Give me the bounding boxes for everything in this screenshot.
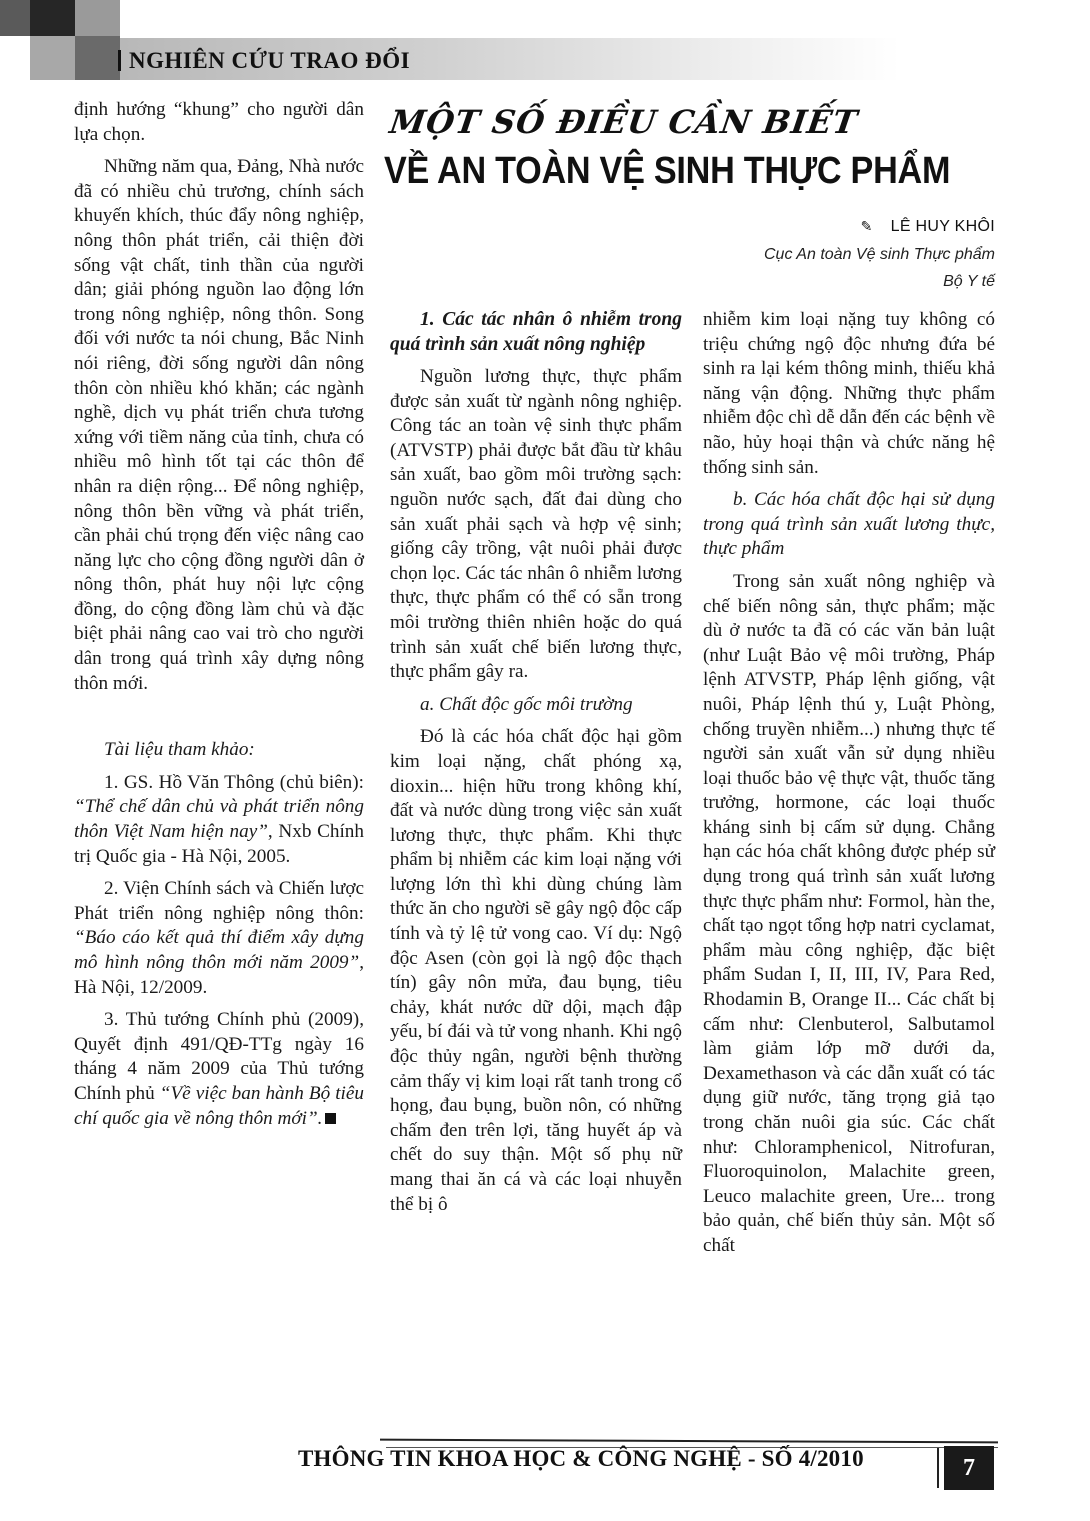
paragraph: định hướng “khung” cho người dân lựa chọ…: [74, 98, 364, 147]
column-2: 1. Các tác nhân ô nhiễm trong quá trình …: [390, 308, 682, 1217]
paragraph: Những năm qua, Đảng, Nhà nước đã có nhiề…: [74, 155, 364, 696]
author-byline: ✎LÊ HUY KHÔI: [861, 218, 995, 236]
section-label-text: NGHIÊN CỨU TRAO ĐỔI: [129, 48, 410, 73]
reference-item: 1. GS. Hồ Văn Thông (chủ biên): “Thể chế…: [74, 771, 364, 869]
author-affiliation-ministry: Bộ Y tế: [943, 273, 995, 291]
header-decor-block: [75, 36, 120, 80]
reference-item: 2. Viện Chính sách và Chiến lược Phát tr…: [74, 877, 364, 1000]
page-number: 7: [944, 1446, 994, 1490]
reference-text: 2. Viện Chính sách và Chiến lược Phát tr…: [74, 878, 364, 924]
references-heading: Tài liệu tham khảo:: [74, 738, 364, 763]
reference-text: 1. GS. Hồ Văn Thông (chủ biên):: [104, 772, 364, 793]
footer-rule: [380, 1439, 998, 1444]
paragraph: Đó là các hóa chất độc hại gồm kim loại …: [390, 725, 682, 1217]
header-decor-block: [75, 0, 120, 36]
header-decor-block: [30, 0, 75, 36]
article-title: VỀ AN TOÀN VỆ SINH THỰC PHẨM: [384, 150, 950, 193]
column-1: định hướng “khung” cho người dân lựa chọ…: [74, 98, 364, 1131]
reference-item: 3. Thủ tướng Chính phủ (2009), Quyết địn…: [74, 1008, 364, 1131]
section-label: NGHIÊN CỨU TRAO ĐỔI: [118, 48, 410, 74]
subsection-heading: a. Chất độc gốc môi trường: [390, 693, 682, 718]
section-heading: 1. Các tác nhân ô nhiễm trong quá trình …: [390, 308, 682, 357]
pen-icon: ✎: [861, 218, 873, 234]
author-name: LÊ HUY KHÔI: [891, 218, 995, 235]
header-decor-block: [30, 36, 75, 80]
end-of-article-mark-icon: [325, 1113, 336, 1124]
paragraph: Trong sản xuất nông nghiệp và chế biến n…: [703, 570, 995, 1259]
footer-divider: [937, 1448, 939, 1488]
author-affiliation: Cục An toàn Vệ sinh Thực phẩm: [764, 246, 995, 264]
header-decor-block: [0, 0, 30, 36]
article-kicker: MỘT SỐ ĐIỀU CẦN BIẾT: [387, 103, 860, 141]
publication-footer: THÔNG TIN KHOA HỌC & CÔNG NGHỆ - SỐ 4/20…: [298, 1446, 864, 1472]
column-3: nhiễm kim loại nặng tuy không có triệu c…: [703, 308, 995, 1259]
paragraph: Nguồn lương thực, thực phẩm được sản xuấ…: [390, 365, 682, 685]
subsection-heading: b. Các hóa chất độc hại sử dụng trong qu…: [703, 488, 995, 562]
reference-title: “Báo cáo kết quả thí điểm xây dựng mô hì…: [74, 927, 364, 973]
paragraph: nhiễm kim loại nặng tuy không có triệu c…: [703, 308, 995, 480]
section-bar: [118, 50, 121, 71]
